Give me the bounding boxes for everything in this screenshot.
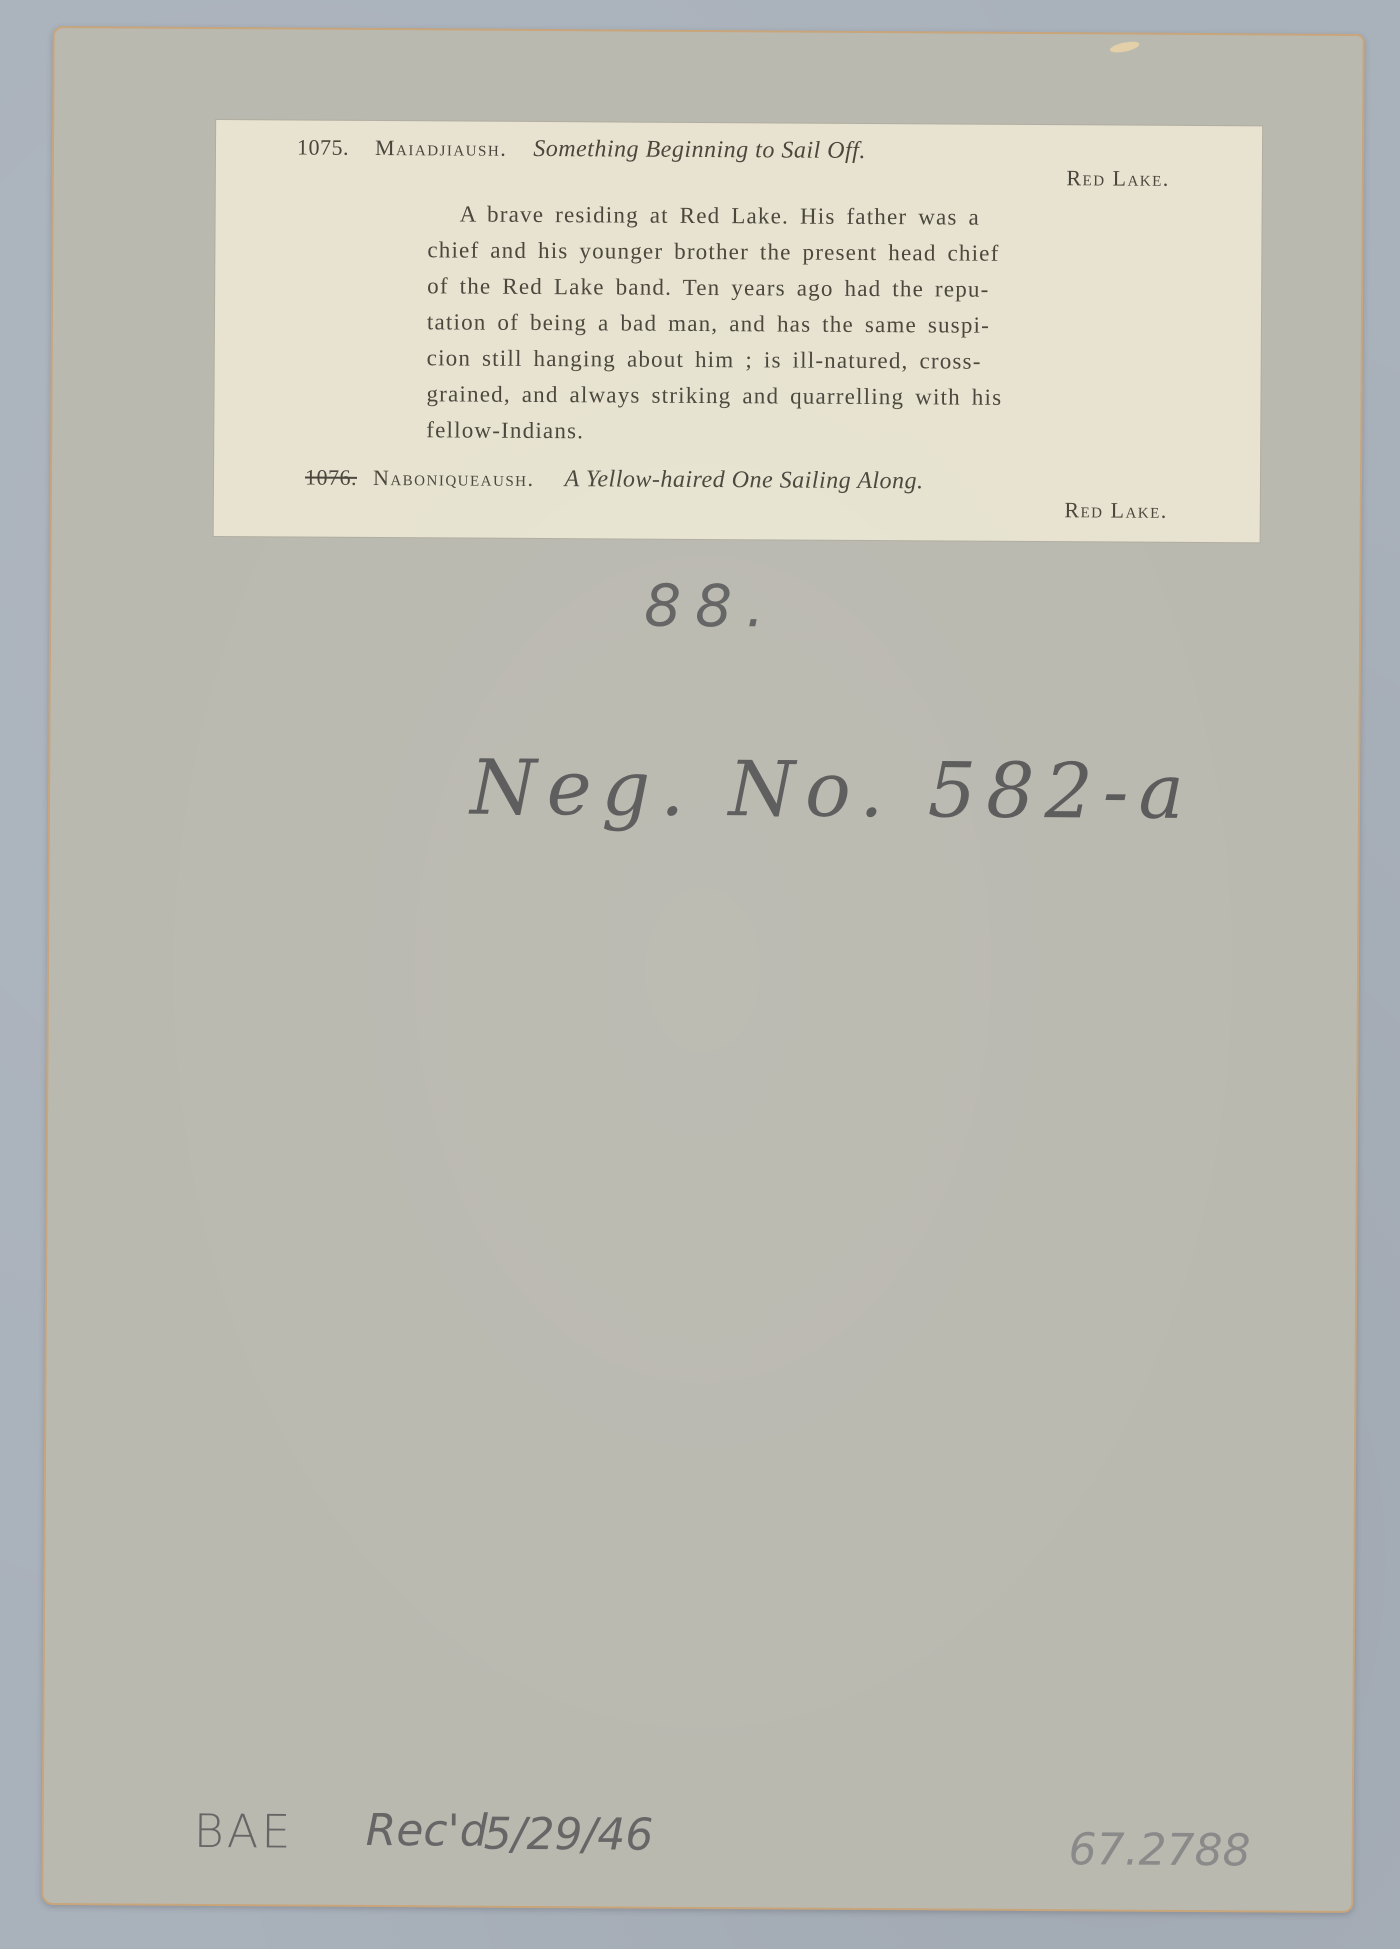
- entry-1-heading: 1075. Maiadjiaush. Something Beginning t…: [297, 135, 866, 165]
- entry-2-heading: 1076. Naboniqueaush. A Yellow-haired One…: [305, 465, 924, 496]
- printed-catalog-label: 1075. Maiadjiaush. Something Beginning t…: [214, 120, 1263, 542]
- mount-card: 1075. Maiadjiaush. Something Beginning t…: [41, 26, 1364, 1913]
- description-line: fellow-Indians.: [426, 417, 584, 444]
- entry-2-translation: A Yellow-haired One Sailing Along.: [564, 466, 923, 494]
- description-line: cion still hanging about him ; is ill-na…: [427, 345, 982, 374]
- entry-2-location: Red Lake.: [1064, 497, 1168, 524]
- handwritten-received-date: 5/29/46: [484, 1809, 654, 1861]
- entry-2-number-struck: 1076.: [305, 465, 357, 490]
- handwritten-item-number: 88.: [644, 572, 779, 641]
- handwritten-negative-number: Neg. No. 582-a: [470, 743, 1194, 836]
- handwritten-bae-mark: BAE: [194, 1804, 294, 1859]
- entry-1-name: Maiadjiaush.: [375, 135, 507, 161]
- description-line: A brave residing at Red Lake. His father…: [460, 201, 981, 230]
- entry-1-number: 1075.: [297, 135, 349, 160]
- description-line: grained, and always striking and quarrel…: [426, 381, 1002, 411]
- entry-1-translation: Something Beginning to Sail Off.: [533, 136, 866, 164]
- card-edge-tear: [1109, 40, 1140, 55]
- description-line: tation of being a bad man, and has the s…: [427, 309, 990, 338]
- description-line: of the Red Lake band. Ten years ago had …: [427, 273, 989, 302]
- handwritten-received: Rec'd: [366, 1805, 488, 1857]
- entry-2-name: Naboniqueaush.: [373, 465, 535, 491]
- entry-1-location: Red Lake.: [1066, 165, 1170, 192]
- description-line: chief and his younger brother the presen…: [427, 237, 999, 266]
- handwritten-accession-number: 67.2788: [1068, 1824, 1250, 1876]
